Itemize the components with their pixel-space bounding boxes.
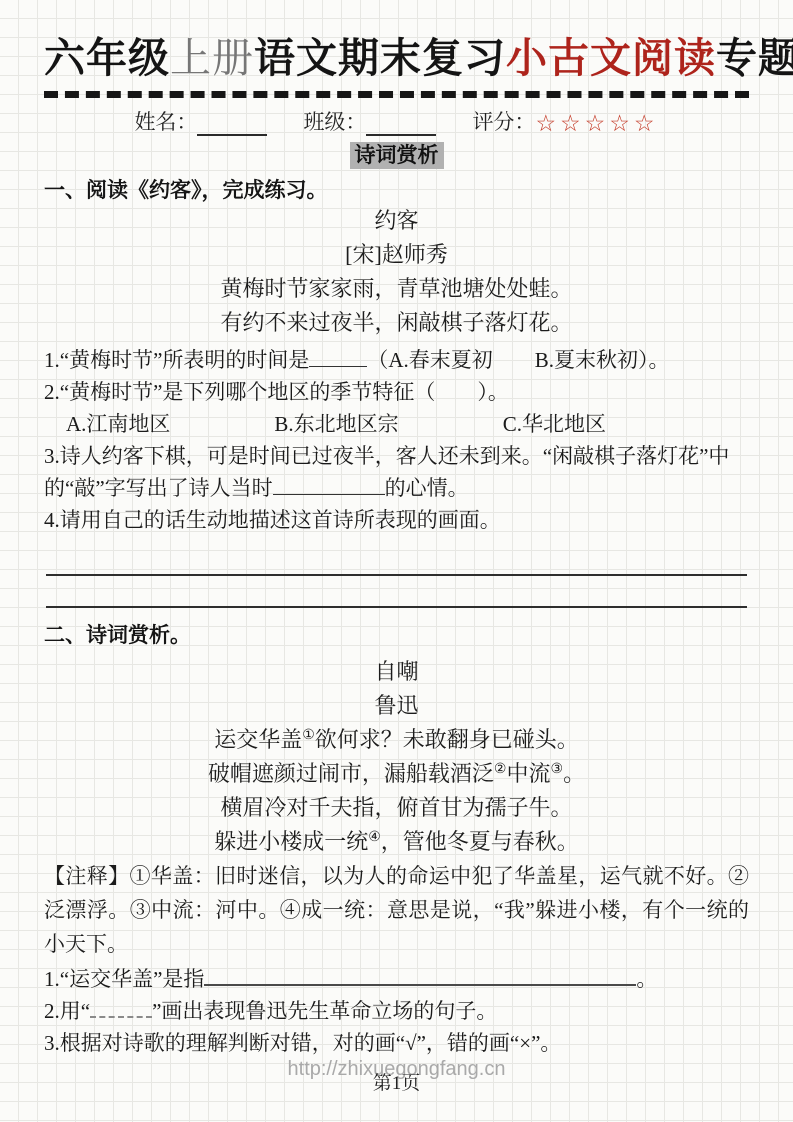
poem1-line: 有约不来过夜半，闲敲棋子落灯花。 — [44, 306, 749, 340]
s2-question-3: 3.根据对诗歌的理解判断对错，对的画“√”，错的画“×”。 — [44, 1027, 749, 1059]
s2-q1-text: 1.“运交华盖”是指 — [44, 967, 204, 991]
footnote-marker-4: ④ — [368, 830, 381, 845]
s1-q2-options: A.江南地区 B.东北地区宗 C.华北地区 — [44, 408, 749, 440]
s1-question-4: 4.请用自己的话生动地描述这首诗所表现的画面。 — [44, 504, 749, 536]
option-c: C.华北地区 — [503, 408, 606, 440]
poem2-line2-mid: 中流 — [506, 761, 550, 786]
title-volume: 上册 — [170, 35, 254, 81]
poem2-notes: 【注释】①华盖：旧时迷信，以为人的命运中犯了华盖星，运气就不好。②泛漂浮。③中流… — [44, 859, 749, 961]
poem1-line: 黄梅时节家家雨，青草池塘处处蛙。 — [44, 272, 749, 306]
title-subject: 语文期末复习 — [254, 35, 506, 81]
s2-q2-blank — [90, 998, 152, 1018]
poem2-line: 横眉冷对千夫指，俯首甘为孺子牛。 — [44, 791, 749, 825]
page-footer: http://zhixuegongfang.cn 第1页 — [0, 1056, 793, 1106]
s1-question-1: 1.“黄梅时节”所表明的时间是（A.春末夏初 B.夏末秋初）。 — [44, 344, 749, 376]
poem2-line4-tail: ，管他冬夏与春秋。 — [381, 829, 579, 854]
s1-q3-blank — [273, 475, 385, 495]
footnote-marker-3: ③ — [551, 762, 564, 777]
option-a: A.江南地区 — [66, 408, 170, 440]
footnote-marker-1: ① — [302, 728, 315, 743]
s2-q1-blank — [204, 966, 636, 986]
score-label: 评分： — [472, 110, 535, 136]
class-blank — [366, 114, 436, 136]
badge-row: 诗词赏析 — [44, 142, 749, 169]
worksheet-title: 六年级上册语文期末复习小古文阅读专题训练 — [44, 34, 749, 98]
class-field: 班级： — [303, 110, 436, 136]
option-b: B.东北地区宗 — [274, 408, 398, 440]
s2-question-2: 2.用“”画出表现鲁迅先生革命立场的句子。 — [44, 995, 749, 1027]
poem2-title: 自嘲 — [44, 655, 749, 689]
title-grade: 六年级 — [44, 35, 170, 81]
poem2-line: 躲进小楼成一统④，管他冬夏与春秋。 — [44, 825, 749, 859]
poem2-line1-text: 运交华盖 — [214, 727, 302, 752]
poem2-line4-text: 躲进小楼成一统 — [214, 829, 368, 854]
s1-q1-blank — [309, 347, 367, 367]
s1-q1-choices: （A.春末夏初 B.夏末秋初）。 — [367, 348, 669, 372]
score-field: 评分： ☆☆☆☆☆ — [472, 110, 658, 136]
section-badge: 诗词赏析 — [350, 142, 444, 169]
name-blank — [197, 114, 267, 136]
poem1: 约客 [宋]赵师秀 黄梅时节家家雨，青草池塘处处蛙。 有约不来过夜半，闲敲棋子落… — [44, 204, 749, 340]
poem1-title: 约客 — [44, 204, 749, 238]
s2-question-1: 1.“运交华盖”是指。 — [44, 963, 749, 995]
student-info-row: 姓名： 班级： 评分： ☆☆☆☆☆ — [44, 110, 749, 136]
poem2-author: 鲁迅 — [44, 689, 749, 723]
worksheet-page: 六年级上册语文期末复习小古文阅读专题训练 姓名： 班级： 评分： ☆☆☆☆☆ 诗… — [0, 0, 793, 1122]
poem2-line1-tail: 欲何求？未敢翻身已碰头。 — [315, 727, 579, 752]
poem2-line2-text: 破帽遮颜过闹市，漏船载酒泛 — [208, 761, 494, 786]
title-topic: 小古文阅读 — [506, 35, 716, 81]
section2-heading: 二、诗词赏析。 — [44, 622, 749, 649]
poem2-line: 破帽遮颜过闹市，漏船载酒泛②中流③。 — [44, 757, 749, 791]
s1-question-3: 3.诗人约客下棋，可是时间已过夜半，客人还未到来。“闲敲棋子落灯花”中的“敲”字… — [44, 440, 749, 504]
score-stars: ☆☆☆☆☆ — [535, 110, 658, 136]
footnote-marker-2: ② — [494, 762, 507, 777]
title-suffix: 专题训练 — [716, 35, 793, 81]
page-number: 第1页 — [0, 1068, 793, 1095]
section1-heading: 一、阅读《约客》，完成练习。 — [44, 177, 749, 204]
name-field: 姓名： — [134, 110, 267, 136]
class-label: 班级： — [303, 110, 366, 136]
s1-q1-text: 1.“黄梅时节”所表明的时间是 — [44, 348, 309, 372]
poem2-line2-tail: 。 — [563, 761, 585, 786]
poem2-line: 运交华盖①欲何求？未敢翻身已碰头。 — [44, 723, 749, 757]
s2-q1-tail: 。 — [636, 967, 657, 991]
name-label: 姓名： — [134, 110, 197, 136]
answer-line — [46, 606, 747, 608]
s2-q2-tail: ”画出表现鲁迅先生革命立场的句子。 — [152, 999, 497, 1023]
poem1-author: [宋]赵师秀 — [44, 238, 749, 272]
s2-q2-text: 2.用“ — [44, 999, 90, 1023]
answer-line — [46, 574, 747, 576]
s1-q3-tail: 的心情。 — [385, 476, 469, 500]
s1-question-2: 2.“黄梅时节”是下列哪个地区的季节特征（ ）。 — [44, 376, 749, 408]
poem2: 自嘲 鲁迅 运交华盖①欲何求？未敢翻身已碰头。 破帽遮颜过闹市，漏船载酒泛②中流… — [44, 655, 749, 859]
